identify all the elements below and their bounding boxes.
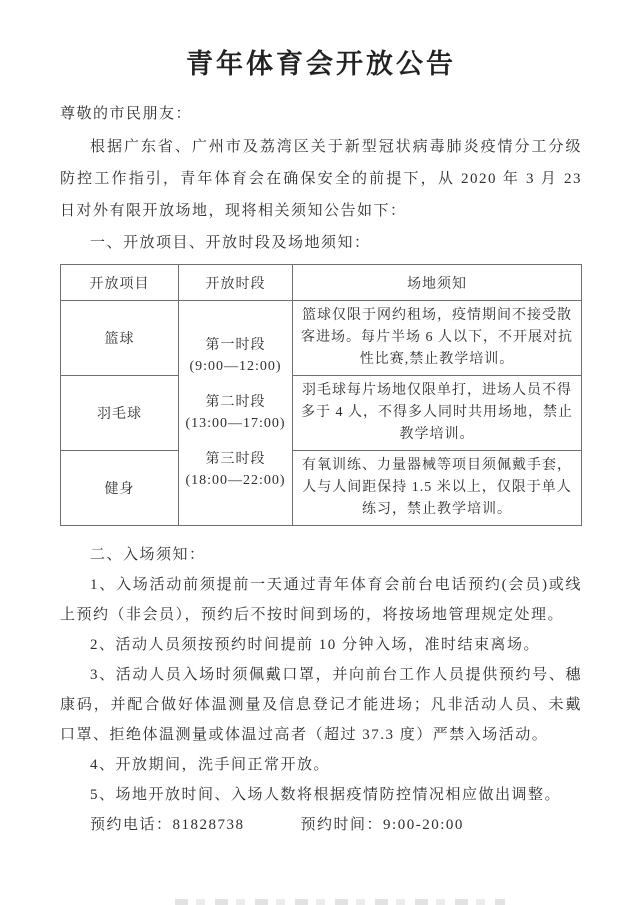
rule-2: 2、活动人员须按预约时间提前 10 分钟入场，准时结束离场。 [60,630,582,660]
time-slot-2-time: (13:00—17:00) [179,413,292,434]
cutoff-text-fragment [175,899,505,905]
entry-rules-section: 二、入场须知： 1、入场活动前须提前一天通过青年体育会前台电话预约(会员)或线上… [60,540,582,840]
booking-phone-number: 81828738 [173,817,245,833]
time-slot-3-time: (18:00—22:00) [179,470,292,491]
rule-5: 5、场地开放时间、入场人数将根据疫情防控情况相应做出调整。 [60,780,582,810]
time-slot-2-label: 第二时段 [179,392,292,413]
rule-4: 4、开放期间，洗手间正常开放。 [60,750,582,780]
time-slot-1-label: 第一时段 [179,335,292,356]
table-row: 羽毛球 羽毛球每片场地仅限单打，进场人员不得多于 4 人，不得多人同时共用场地，… [61,376,582,451]
time-slot-1-time: (9:00—12:00) [179,356,292,377]
time-slot-2: 第二时段 (13:00—17:00) [179,392,292,434]
table-row: 篮球 第一时段 (9:00—12:00) 第二时段 (13:00—17:00) … [61,301,582,376]
section2-heading: 二、入场须知： [60,540,582,570]
booking-time-value: 9:00-20:00 [383,817,464,833]
intro-paragraph: 根据广东省、广州市及荔湾区关于新型冠状病毒肺炎疫情分工分级防控工作指引，青年体育… [60,131,582,227]
note-basketball: 篮球仅限于网约租场，疫情期间不接受散客进场。每片半场 6 人以下，不开展对抗性比… [293,301,582,376]
table-header-row: 开放项目 开放时段 场地须知 [61,265,582,301]
header-time: 开放时段 [179,265,293,301]
header-project: 开放项目 [61,265,179,301]
rule-3: 3、活动人员入场时须佩戴口罩，并向前台工作人员提供预约号、穗康码，并配合做好体温… [60,660,582,750]
time-slot-list: 第一时段 (9:00—12:00) 第二时段 (13:00—17:00) 第三时… [179,335,292,491]
header-notes: 场地须知 [293,265,582,301]
table-row: 健身 有氧训练、力量器械等项目须佩戴手套，人与人间距保持 1.5 米以上，仅限于… [61,451,582,526]
time-slot-3: 第三时段 (18:00—22:00) [179,449,292,491]
note-fitness: 有氧训练、力量器械等项目须佩戴手套，人与人间距保持 1.5 米以上，仅限于单人练… [293,451,582,526]
salutation: 尊敬的市民朋友： [60,98,582,131]
time-slot-1: 第一时段 (9:00—12:00) [179,335,292,377]
section1-heading: 一、开放项目、开放时段及场地须知： [60,227,582,259]
time-slots-cell: 第一时段 (9:00—12:00) 第二时段 (13:00—17:00) 第三时… [179,301,293,526]
project-badminton: 羽毛球 [61,376,179,451]
project-basketball: 篮球 [61,301,179,376]
time-slot-3-label: 第三时段 [179,449,292,470]
rule-1: 1、入场活动前须提前一天通过青年体育会前台电话预约(会员)或线上预约（非会员），… [60,570,582,630]
contact-line: 预约电话：81828738预约时间：9:00-20:00 [60,810,582,840]
booking-time-label: 预约时间： [301,817,384,833]
note-badminton: 羽毛球每片场地仅限单打，进场人员不得多于 4 人，不得多人同时共用场地，禁止教学… [293,376,582,451]
project-fitness: 健身 [61,451,179,526]
booking-phone-label: 预约电话： [90,817,173,833]
opening-schedule-table: 开放项目 开放时段 场地须知 篮球 第一时段 (9:00—12:00) 第二时段… [60,264,582,526]
page-title: 青年体育会开放公告 [60,46,582,82]
announcement-page: 青年体育会开放公告 尊敬的市民朋友： 根据广东省、广州市及荔湾区关于新型冠状病毒… [0,0,640,905]
